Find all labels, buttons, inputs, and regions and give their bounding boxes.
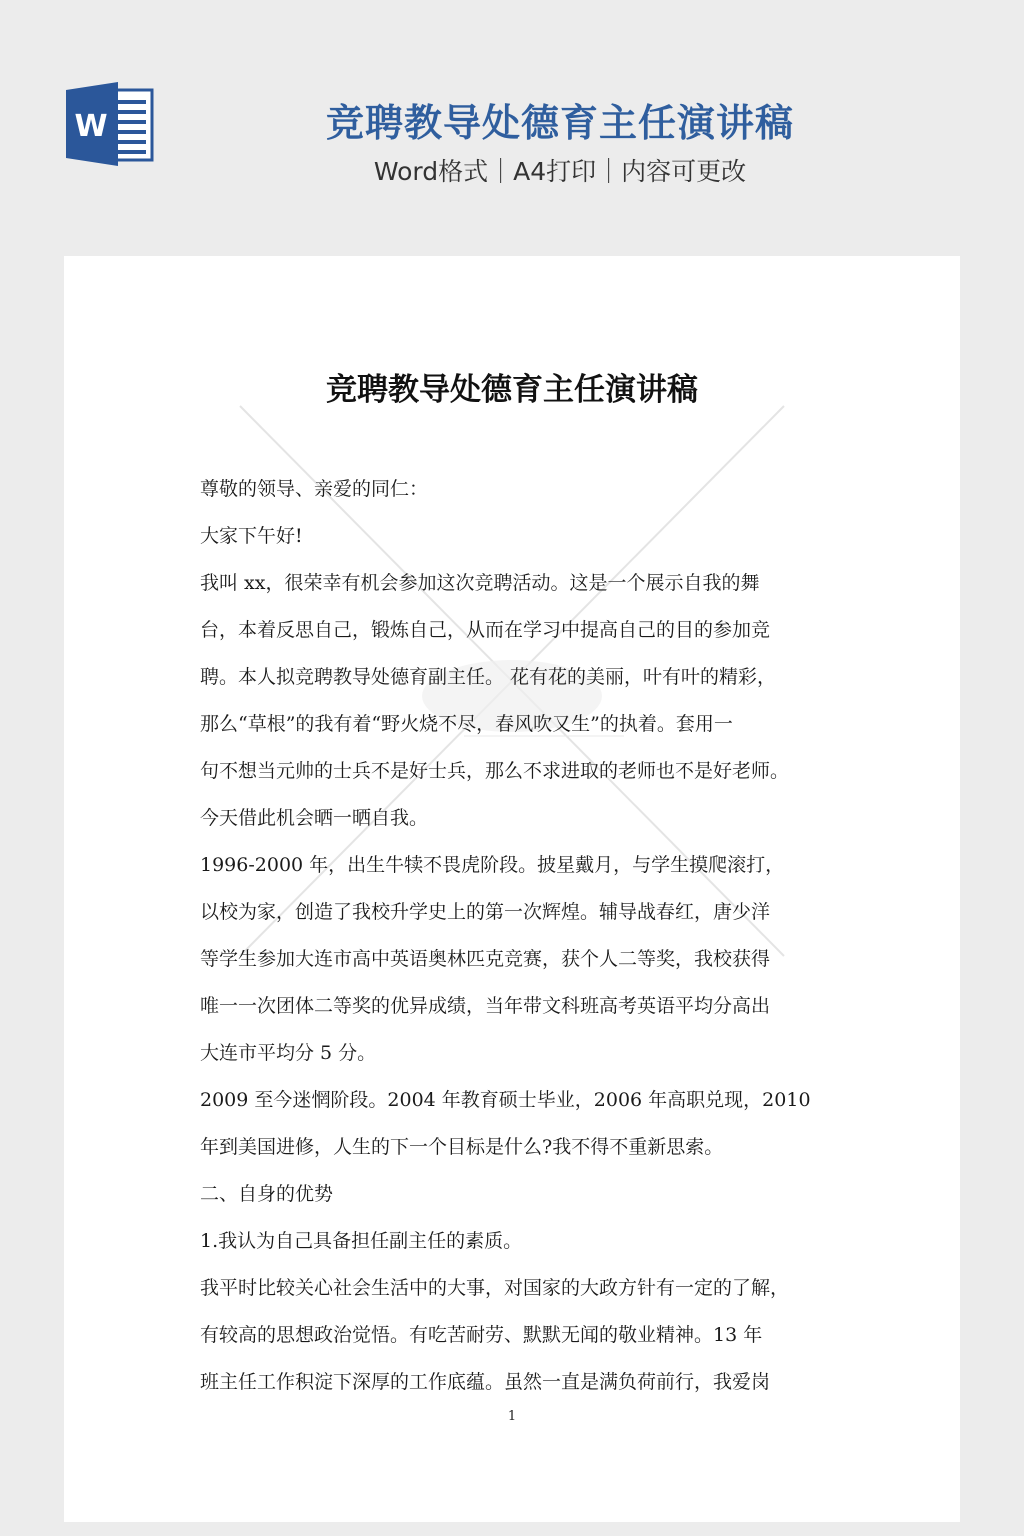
text-line: 那么“草根”的我有着“野火烧不尽，春风吹又生”的执着。套用一: [200, 701, 840, 748]
document-body: 尊敬的领导、亲爱的同仁： 大家下午好! 我叫 xx，很荣幸有机会参加这次竞聘活动…: [200, 466, 840, 1406]
page-number: 1: [64, 1409, 960, 1424]
text-line: 班主任工作积淀下深厚的工作底蕴。虽然一直是满负荷前行，我爱岗: [200, 1359, 840, 1406]
header-title: 竞聘教导处德育主任演讲稿: [300, 92, 820, 147]
word-doc-icon: W: [64, 82, 156, 166]
text-line: 1.我认为自己具备担任副主任的素质。: [200, 1218, 840, 1265]
text-line: 大连市平均分 5 分。: [200, 1030, 840, 1077]
text-line: 等学生参加大连市高中英语奥林匹克竞赛，获个人二等奖，我校获得: [200, 936, 840, 983]
header: W 竞聘教导处德育主任演讲稿 Word格式｜A4打印｜内容可更改: [0, 0, 1024, 256]
text-line: 今天借此机会晒一晒自我。: [200, 795, 840, 842]
text-line: 台，本着反思自己，锻炼自己，从而在学习中提高自己的目的参加竞: [200, 607, 840, 654]
document-title: 竞聘教导处德育主任演讲稿: [64, 364, 960, 409]
text-line: 句不想当元帅的士兵不是好士兵，那么不求进取的老师也不是好老师。: [200, 748, 840, 795]
document-page: 竞聘教导处德育主任演讲稿 尊敬的领导、亲爱的同仁： 大家下午好! 我叫 xx，很…: [64, 256, 960, 1522]
text-line: 尊敬的领导、亲爱的同仁：: [200, 466, 840, 513]
text-line: 聘。本人拟竞聘教导处德育副主任。 花有花的美丽，叶有叶的精彩，: [200, 654, 840, 701]
text-line: 1996-2000 年，出生牛犊不畏虎阶段。披星戴月，与学生摸爬滚打，: [200, 842, 840, 889]
text-line: 大家下午好!: [200, 513, 840, 560]
svg-text:W: W: [74, 109, 107, 144]
text-line: 唯一一次团体二等奖的优异成绩，当年带文科班高考英语平均分高出: [200, 983, 840, 1030]
section-heading: 二、自身的优势: [200, 1171, 840, 1218]
text-line: 我平时比较关心社会生活中的大事，对国家的大政方针有一定的了解，: [200, 1265, 840, 1312]
text-line: 年到美国进修，人生的下一个目标是什么?我不得不重新思索。: [200, 1124, 840, 1171]
header-subtitle: Word格式｜A4打印｜内容可更改: [300, 152, 820, 188]
text-line: 2009 至今迷惘阶段。2004 年教育硕士毕业，2006 年高职兑现，2010: [200, 1077, 840, 1124]
text-line: 有较高的思想政治觉悟。有吃苦耐劳、默默无闻的敬业精神。13 年: [200, 1312, 840, 1359]
text-line: 以校为家，创造了我校升学史上的第一次辉煌。辅导战春红，唐少洋: [200, 889, 840, 936]
text-line: 我叫 xx，很荣幸有机会参加这次竞聘活动。这是一个展示自我的舞: [200, 560, 840, 607]
